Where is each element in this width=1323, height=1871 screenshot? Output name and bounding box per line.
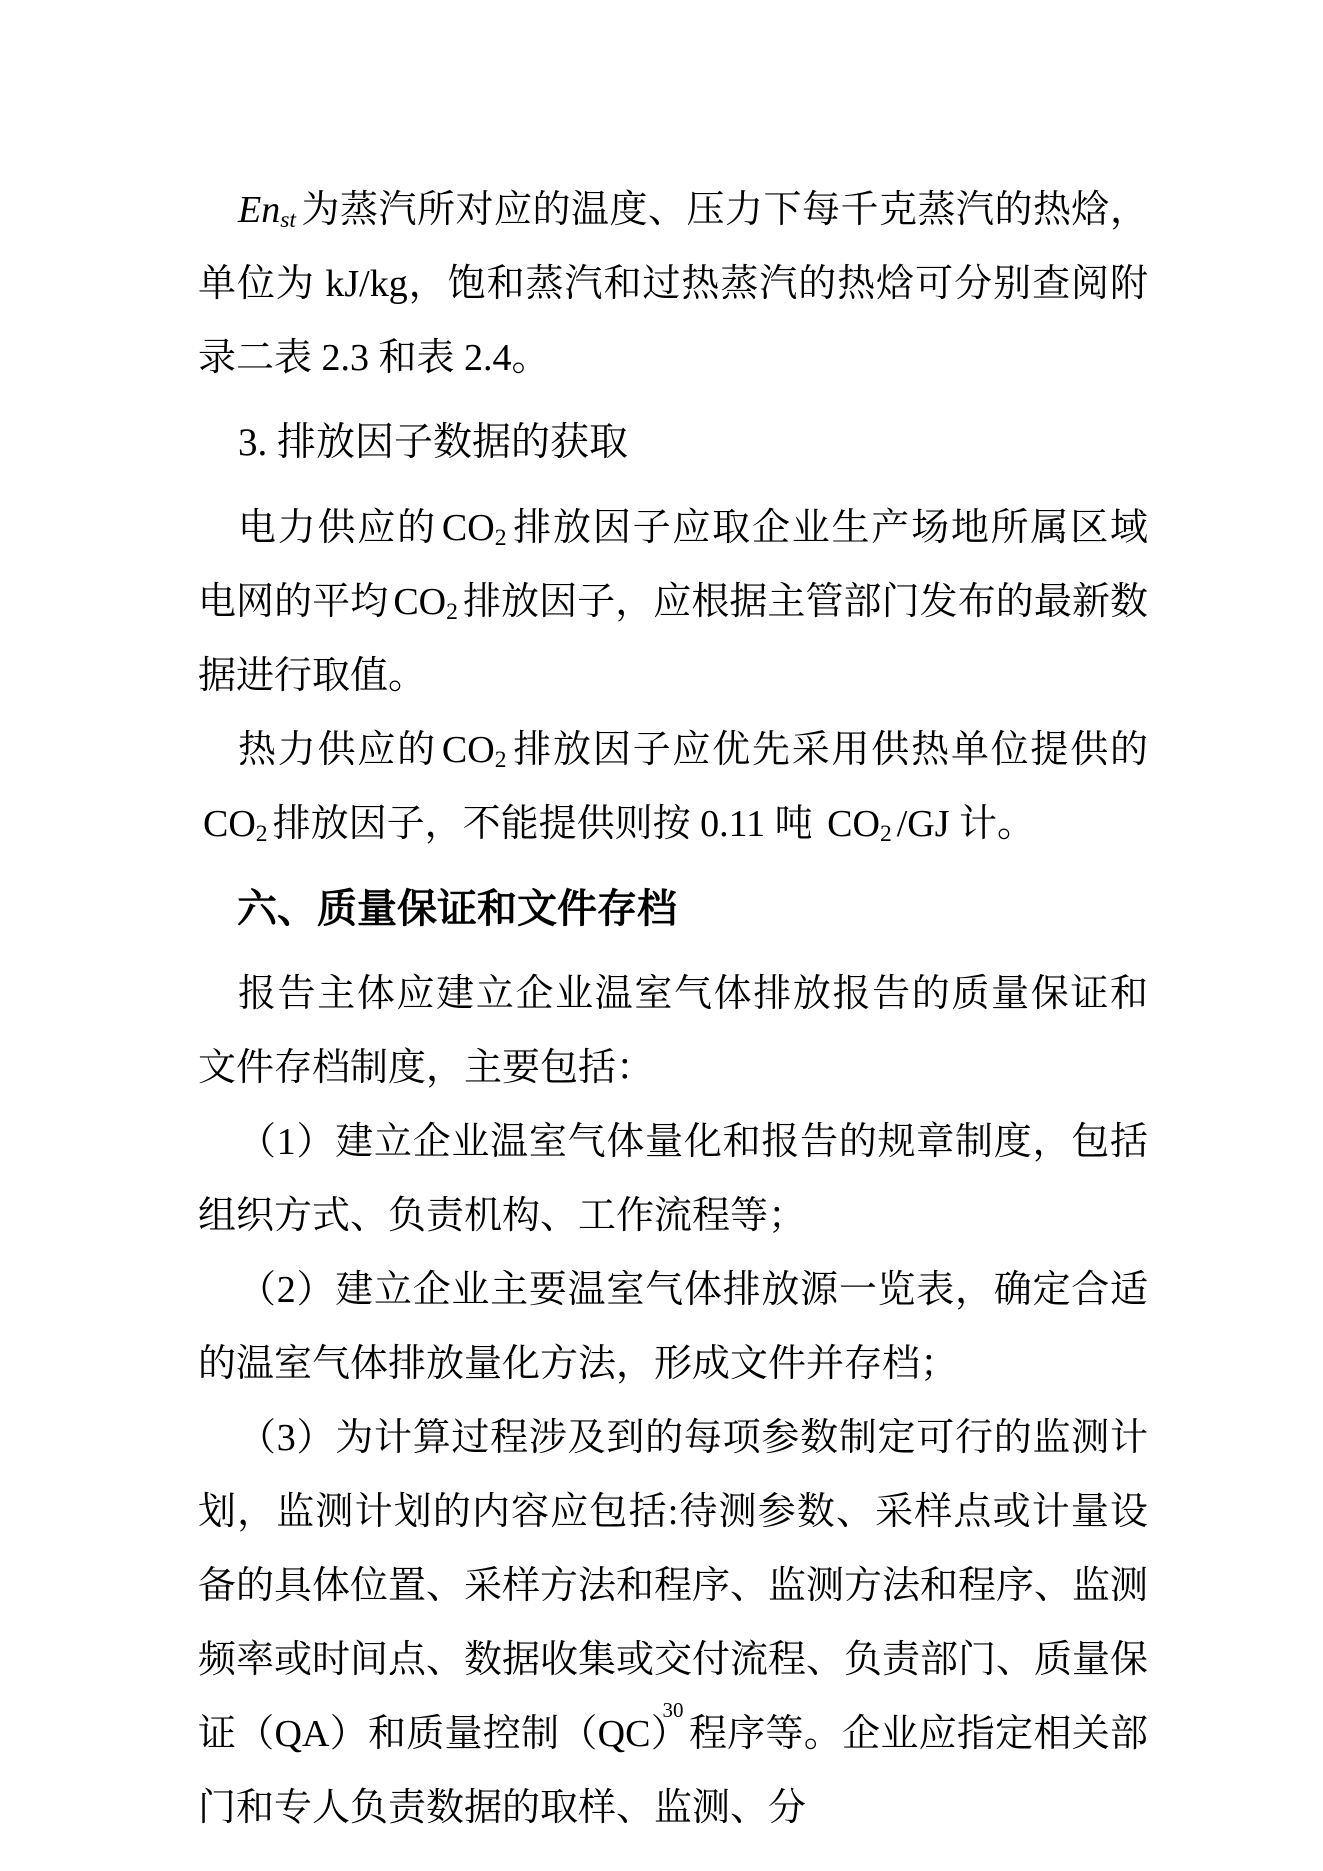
variable-enst: Enst bbox=[238, 189, 301, 231]
co2-base: CO bbox=[203, 803, 256, 845]
paragraph-steam-enthalpy-text: 为蒸汽所对应的温度、压力下每千克蒸汽的热焓，单位为 kJ/kg，饱和蒸汽和过热蒸… bbox=[198, 189, 1148, 379]
paragraph-heat-factor: 热力供应的CO2排放因子应优先采用供热单位提供的CO2排放因子，不能提供则按 0… bbox=[198, 713, 1148, 861]
co2-subscript: 2 bbox=[446, 599, 458, 625]
co2-subscript: 2 bbox=[256, 821, 268, 847]
variable-enst-base: En bbox=[238, 189, 280, 231]
electricity-run-1: 电力供应的 bbox=[238, 507, 437, 549]
paragraph-qa-intro: 报告主体应建立企业温室气体排放报告的质量保证和文件存档制度，主要包括： bbox=[198, 957, 1148, 1105]
co2-subscript: 2 bbox=[495, 525, 507, 551]
heat-run-2: 排放因子应优先采用供热单位提供的 bbox=[511, 729, 1148, 771]
document-content: Enst为蒸汽所对应的温度、压力下每千克蒸汽的热焓，单位为 kJ/kg，饱和蒸汽… bbox=[198, 0, 1148, 1845]
co2-base: CO bbox=[442, 729, 495, 771]
co2-formula: CO2 bbox=[437, 507, 512, 549]
heat-run-3: 排放因子，不能提供则按 0.11 吨 bbox=[273, 803, 823, 845]
heading-quality-assurance-archiving: 六、质量保证和文件存档 bbox=[198, 872, 1148, 946]
co2-base: CO bbox=[393, 581, 446, 623]
variable-enst-subscript: st bbox=[280, 207, 296, 233]
co2-formula: CO2 bbox=[198, 803, 273, 845]
paragraph-steam-enthalpy: Enst为蒸汽所对应的温度、压力下每千克蒸汽的热焓，单位为 kJ/kg，饱和蒸汽… bbox=[198, 173, 1148, 395]
co2-subscript: 2 bbox=[495, 747, 507, 773]
paragraph-item-1-rules: （1）建立企业温室气体量化和报告的规章制度，包括组织方式、负责机构、工作流程等； bbox=[198, 1105, 1148, 1253]
paragraph-item-2-source-list: （2）建立企业主要温室气体排放源一览表，确定合适的温室气体排放量化方法，形成文件… bbox=[198, 1253, 1148, 1401]
co2-formula: CO2 bbox=[822, 803, 897, 845]
page-number: 30 bbox=[198, 1695, 1148, 1725]
heat-run-4: /GJ 计。 bbox=[897, 803, 1035, 845]
document-page: Enst为蒸汽所对应的温度、压力下每千克蒸汽的热焓，单位为 kJ/kg，饱和蒸汽… bbox=[0, 0, 1323, 1871]
co2-subscript: 2 bbox=[880, 821, 892, 847]
co2-base: CO bbox=[827, 803, 880, 845]
co2-formula: CO2 bbox=[437, 729, 512, 771]
heading-emission-factor-data: 3. 排放因子数据的获取 bbox=[198, 406, 1148, 480]
co2-base: CO bbox=[442, 507, 495, 549]
paragraph-electricity-factor: 电力供应的CO2排放因子应取企业生产场地所属区域电网的平均CO2排放因子，应根据… bbox=[198, 491, 1148, 713]
co2-formula: CO2 bbox=[388, 581, 463, 623]
paragraph-item-3-monitoring-plan: （3）为计算过程涉及到的每项参数制定可行的监测计划，监测计划的内容应包括:待测参… bbox=[198, 1401, 1148, 1845]
heat-run-1: 热力供应的 bbox=[238, 729, 437, 771]
